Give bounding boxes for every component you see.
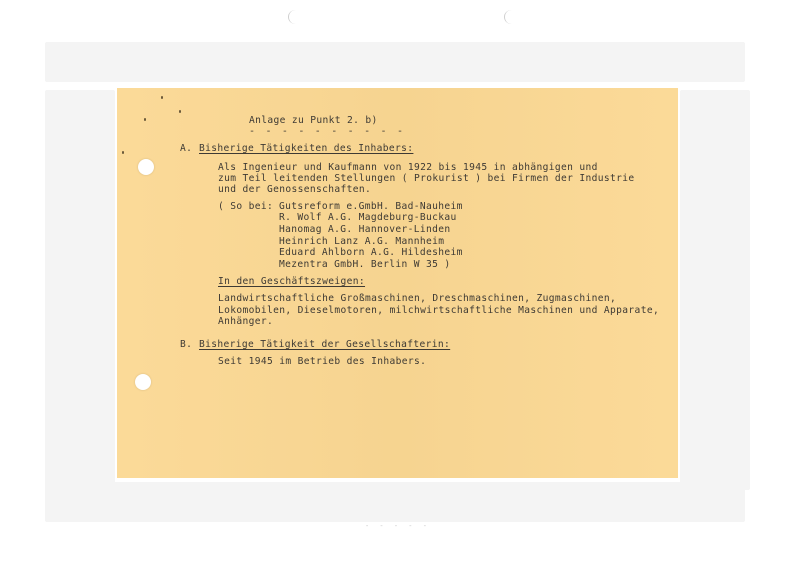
- company-item: Mezentra GmbH. Berlin W 35 ): [279, 259, 451, 271]
- companies-prefix: ( So bei:: [218, 201, 273, 213]
- section-b-label: B.: [180, 339, 192, 351]
- speck: [144, 118, 146, 121]
- show-through-text: [45, 482, 745, 522]
- speck: [179, 110, 181, 113]
- section-a-title: Bisherige Tätigkeiten des Inhabers:: [199, 143, 413, 155]
- branch-line: Anhänger.: [218, 316, 273, 328]
- company-item: R. Wolf A.G. Magdeburg-Buckau: [279, 212, 457, 224]
- company-item: Hanomag A.G. Hannover-Linden: [279, 224, 451, 236]
- punch-hole: [135, 374, 151, 390]
- section-b-text: Seit 1945 im Betrieb des Inhabers.: [218, 356, 426, 368]
- branch-line: Landwirtschaftliche Großmaschinen, Dresc…: [218, 293, 616, 305]
- show-through-text: [680, 90, 750, 490]
- branches-title: In den Geschäftszweigen:: [218, 276, 365, 288]
- punch-hole-mark: [288, 10, 303, 24]
- page-continuation-marks: - - - - -: [365, 522, 430, 530]
- show-through-text: [45, 90, 115, 490]
- branch-line: Lokomobilen, Dieselmotoren, milchwirtsch…: [218, 305, 659, 317]
- speck: [161, 96, 163, 99]
- show-through-text: [45, 42, 745, 82]
- document-page: Anlage zu Punkt 2. b) - - - - - - - - - …: [117, 88, 678, 478]
- speck: [122, 151, 124, 154]
- heading-rule: - - - - - - - - - -: [249, 126, 405, 137]
- company-item: Eduard Ahlborn A.G. Hildesheim: [279, 247, 463, 259]
- punch-hole: [138, 159, 154, 175]
- section-a-label: A.: [180, 143, 192, 155]
- paragraph-line: und der Genossenschaften.: [218, 184, 371, 196]
- punch-hole-mark: [504, 10, 519, 24]
- section-b-title: Bisherige Tätigkeit der Gesellschafterin…: [199, 339, 450, 351]
